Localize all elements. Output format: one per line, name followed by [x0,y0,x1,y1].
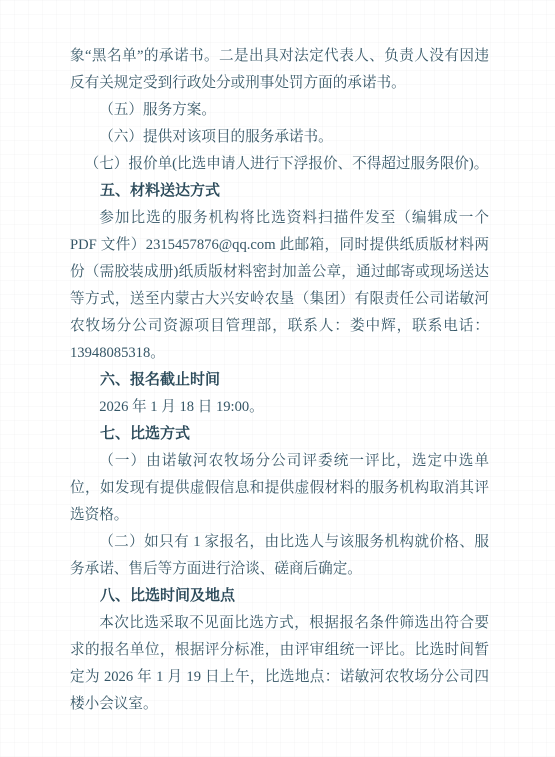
body-paragraph: 2026 年 1 月 18 日 19:00。 [70,394,489,421]
body-paragraph: 本次比选采取不见面比选方式，根据报名条件筛选出符合要求的报名单位，根据评分标准，… [70,610,489,718]
section-heading: 八、比选时间及地点 [70,583,489,610]
body-paragraph: （六）提供对该项目的服务承诺书。 [70,124,489,151]
body-paragraph: （二）如只有 1 家报名，由比选人与该服务机构就价格、服务承诺、售后等方面进行洽… [70,529,489,583]
section-heading: 六、报名截止时间 [70,367,489,394]
body-paragraph: （七）报价单(比选申请人进行下浮报价、不得超过服务限价)。 [70,151,489,178]
section-heading: 七、比选方式 [70,421,489,448]
body-paragraph: 参加比选的服务机构将比选资料扫描件发至（编辑成一个 PDF 文件）2315457… [70,205,489,367]
body-paragraph: （一）由诺敏河农牧场分公司评委统一评比，选定中选单位，如发现有提供虚假信息和提供… [70,448,489,529]
document-page: 象“黑名单”的承诺书。二是出具对法定代表人、负责人没有因违反有关规定受到行政处分… [0,0,555,757]
section-heading: 五、材料送达方式 [70,178,489,205]
body-paragraph: 象“黑名单”的承诺书。二是出具对法定代表人、负责人没有因违反有关规定受到行政处分… [70,43,489,97]
body-paragraph: （五）服务方案。 [70,97,489,124]
